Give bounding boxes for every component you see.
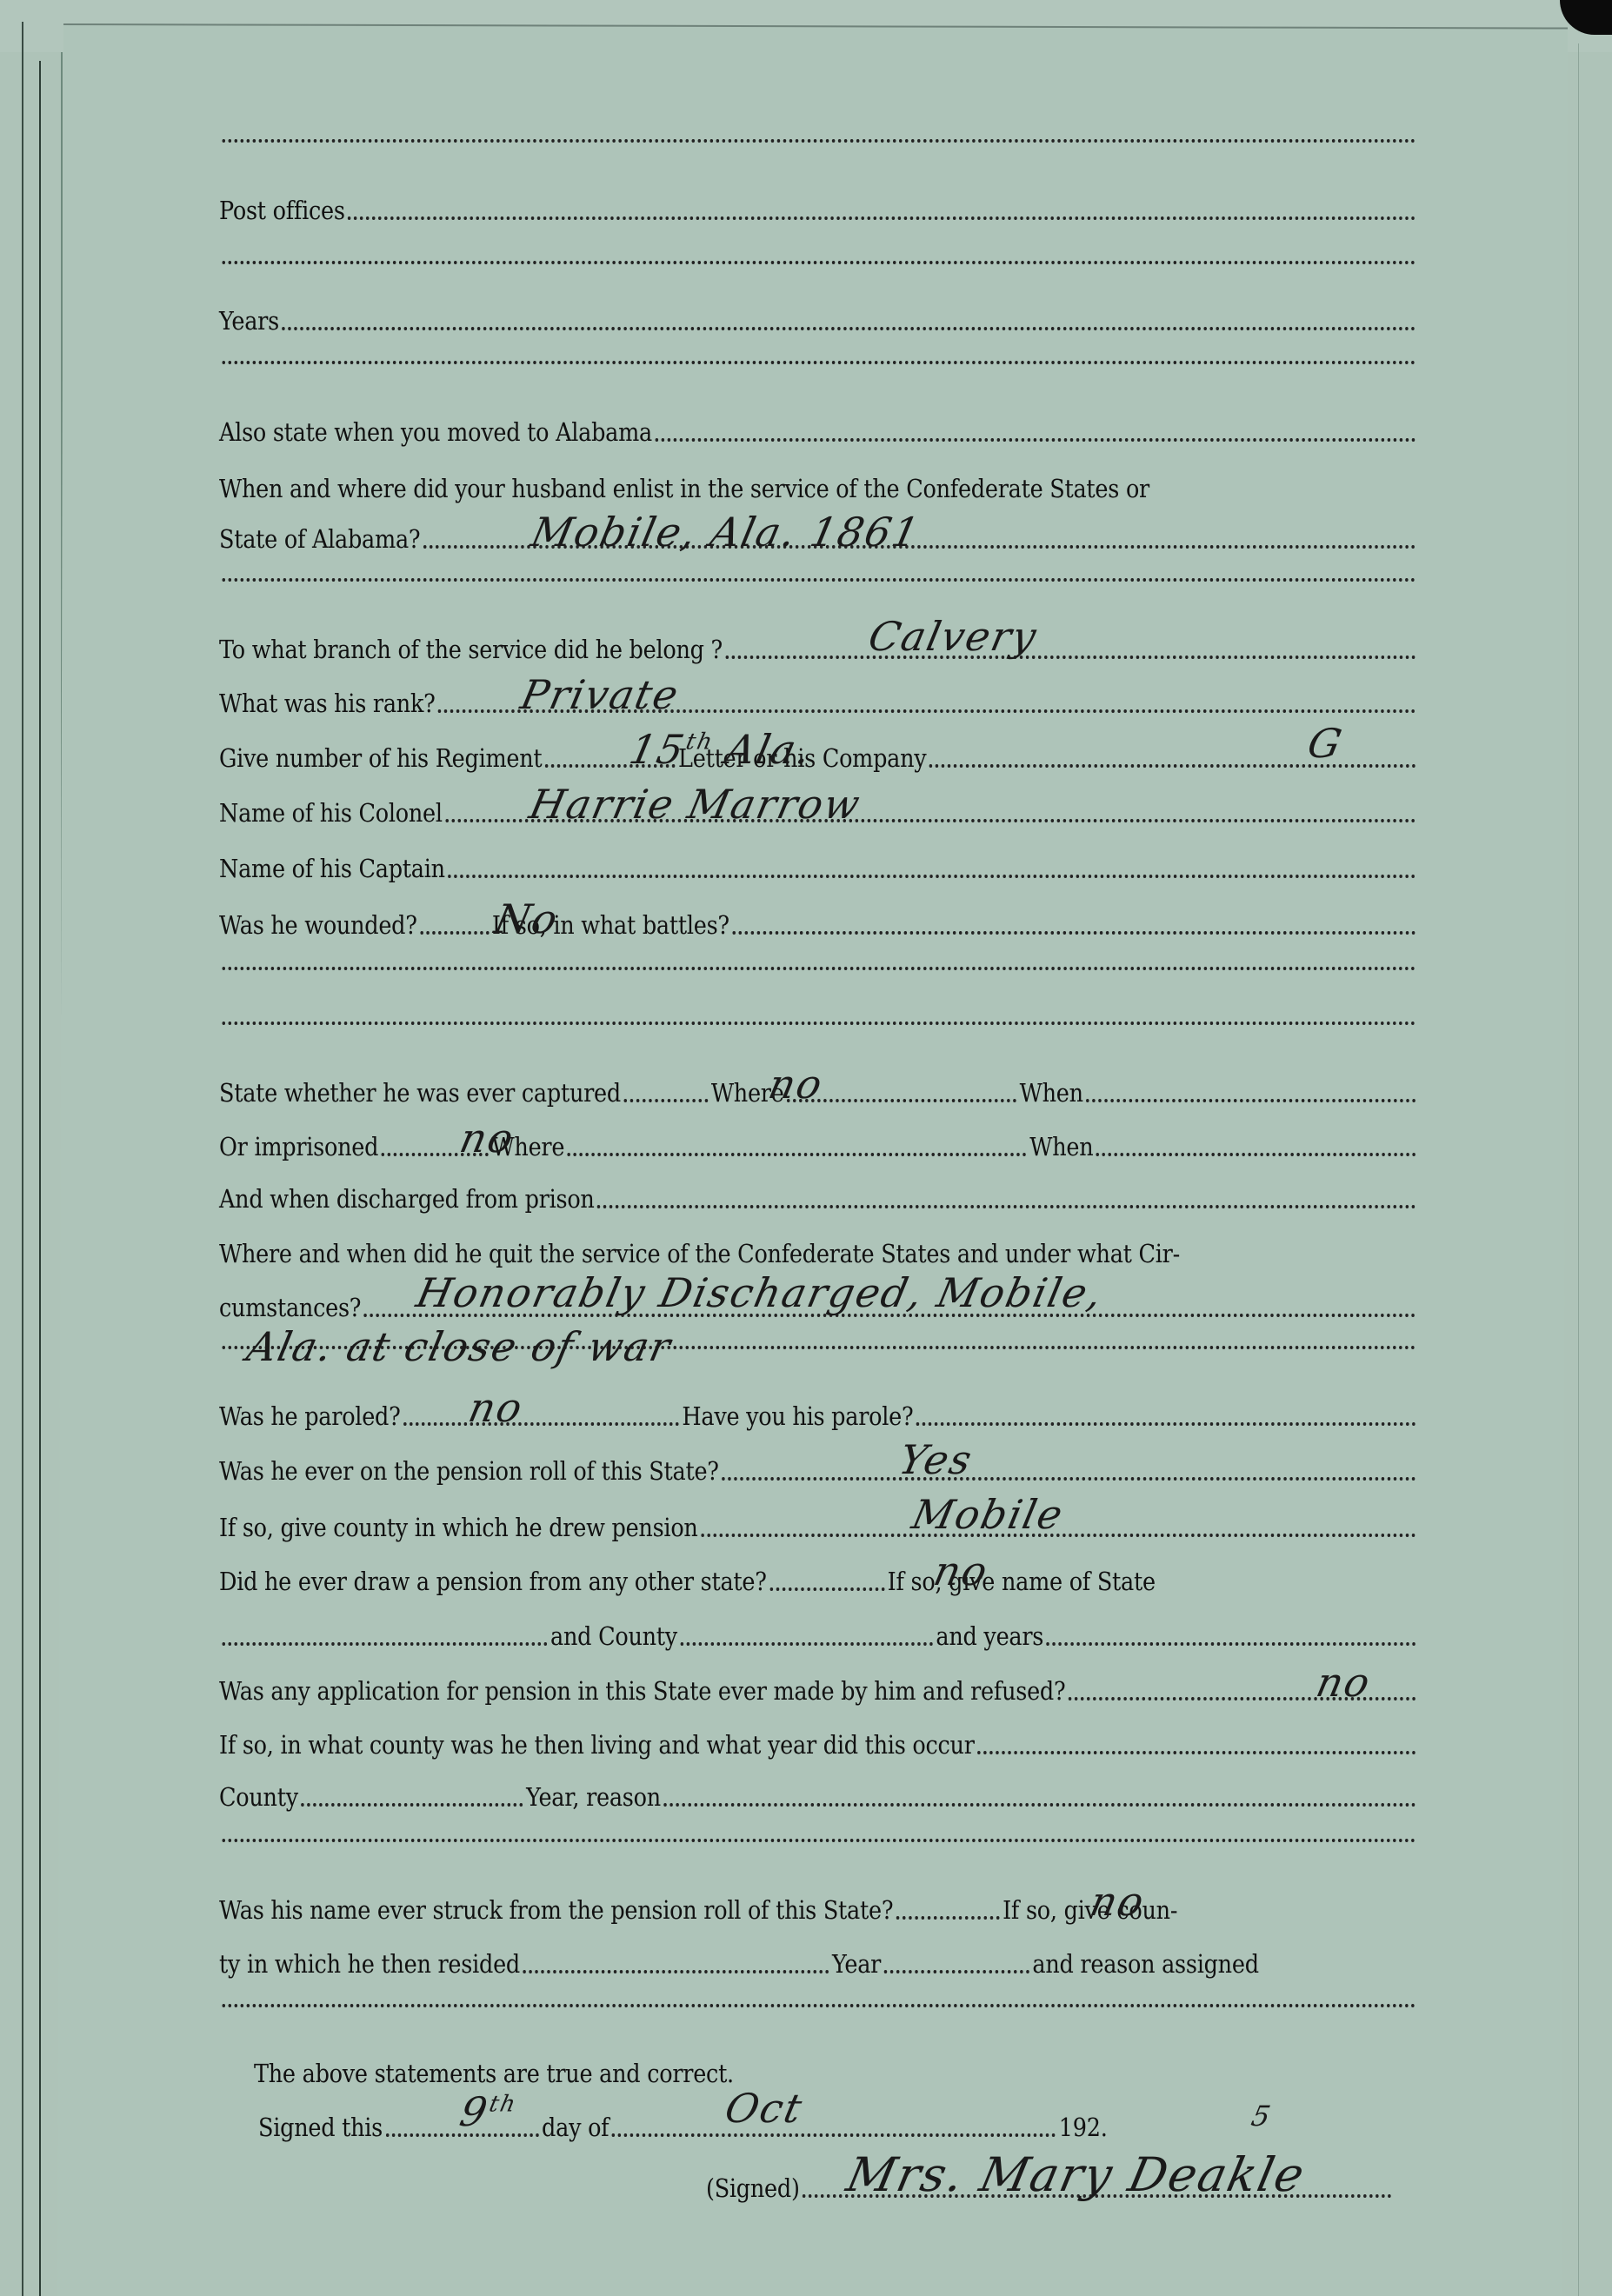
imprisoned-label: Or imprisoned — [219, 1132, 378, 1161]
refused-answer: no — [1312, 1659, 1376, 1706]
wounded-answer: No — [490, 895, 563, 942]
pension-roll-answer: Yes — [895, 1436, 977, 1483]
post-offices-label: Post offices — [219, 196, 345, 225]
pension-roll-label: Was he ever on the pension roll of this … — [219, 1456, 719, 1486]
statement-row: The above statements are true and correc… — [254, 2059, 1454, 2088]
pension-county-label: If so, give county in which he drew pens… — [219, 1513, 698, 1542]
quit-label-2: cumstances? — [219, 1293, 361, 1322]
page-edge — [39, 61, 41, 2296]
county-years-row: and County and years — [219, 1621, 1419, 1651]
regiment-state: Ala. — [722, 726, 816, 773]
years-row: Years — [219, 306, 1419, 336]
captain-row: Name of his Captain — [219, 854, 1419, 883]
regiment-number: 15 — [625, 726, 689, 773]
blank-line — [219, 2004, 1419, 2013]
signed-this-label: Signed this — [258, 2113, 383, 2142]
pension-roll-row: Was he ever on the pension roll of this … — [219, 1456, 1419, 1486]
imprisoned-answer: no — [456, 1115, 519, 1161]
enlist-label-1: When and where did your husband enlist i… — [219, 474, 1149, 503]
struck-row: Was his name ever struck from the pensio… — [219, 1895, 1419, 1925]
other-state-answer: no — [929, 1547, 993, 1594]
post-offices-row: Post offices — [219, 196, 1419, 225]
quit-answer-2: Ala. at close of war — [243, 1323, 676, 1370]
day-suffix: th — [487, 2092, 520, 2118]
signature: Mrs. Mary Deakle — [842, 2147, 1310, 2202]
quit-row-1: Where and when did he quit the service o… — [219, 1239, 1419, 1268]
colonel-answer: Harrie Marrow — [525, 781, 865, 828]
other-state-label: Did he ever draw a pension from any othe… — [219, 1567, 767, 1596]
blank-line — [219, 361, 1419, 369]
page-fold-line — [1578, 43, 1579, 2296]
rank-label: What was his rank? — [219, 689, 436, 718]
paroled-label: Was he paroled? — [219, 1401, 401, 1431]
month-answer: Oct — [721, 2085, 807, 2132]
moved-label: Also state when you moved to Alabama — [219, 417, 652, 447]
regiment-suffix: th — [683, 729, 716, 755]
imprisoned-when-label: When — [1029, 1132, 1093, 1161]
resided-label: ty in which he then resided — [219, 1949, 520, 1979]
rank-row: What was his rank? — [219, 689, 1419, 718]
refused-county-label: If so, in what county was he then living… — [219, 1730, 975, 1760]
year-prefix-label: 192 — [1059, 2113, 1101, 2142]
have-parole-label: Have you his parole? — [682, 1401, 913, 1431]
paroled-answer: no — [464, 1384, 528, 1431]
refused-label: Was any application for pension in this … — [219, 1676, 1065, 1706]
captured-label: State whether he was ever captured — [219, 1078, 621, 1108]
blank-line — [219, 578, 1419, 587]
refused-county-row: If so, in what county was he then living… — [219, 1730, 1419, 1760]
captain-label: Name of his Captain — [219, 854, 445, 883]
other-state-name-label: If so, give name of State — [888, 1567, 1156, 1596]
blank-line — [219, 967, 1419, 975]
and-county-label: and County — [550, 1621, 677, 1651]
year-label: Year — [832, 1949, 881, 1979]
blank-line — [219, 261, 1419, 270]
blank-line — [219, 139, 1419, 148]
regiment-label: Give number of his Regiment — [219, 743, 542, 773]
blank-line — [219, 1022, 1419, 1030]
paroled-row: Was he paroled? Have you his parole? — [219, 1401, 1419, 1431]
signed-label: (Signed) — [706, 2173, 800, 2203]
rank-answer: Private — [516, 671, 683, 718]
discharged-label: And when discharged from prison — [219, 1184, 595, 1214]
other-state-row: Did he ever draw a pension from any othe… — [219, 1567, 1419, 1596]
branch-row: To what branch of the service did he bel… — [219, 635, 1419, 664]
county-label: County — [219, 1782, 298, 1812]
moved-row: Also state when you moved to Alabama — [219, 417, 1419, 447]
and-years-label: and years — [936, 1621, 1043, 1651]
wounded-label: Was he wounded? — [219, 910, 417, 940]
enlist-label-2: State of Alabama? — [219, 524, 420, 554]
year-reason-label: Year, reason — [526, 1782, 661, 1812]
discharged-row: And when discharged from prison — [219, 1184, 1419, 1214]
pension-county-row: If so, give county in which he drew pens… — [219, 1513, 1419, 1542]
resided-row: ty in which he then resided Year and rea… — [219, 1949, 1419, 1979]
regiment-row: Give number of his Regiment Letter or hi… — [219, 743, 1419, 773]
imprisoned-row: Or imprisoned Where When — [219, 1132, 1419, 1161]
page-edge — [22, 22, 23, 2296]
day-of-label: day of — [542, 2113, 609, 2142]
branch-answer: Calvery — [864, 613, 1042, 660]
captured-answer: no — [764, 1061, 828, 1108]
branch-label: To what branch of the service did he bel… — [219, 635, 723, 664]
true-correct-label: The above statements are true and correc… — [254, 2059, 734, 2088]
county-year-row: County Year, reason — [219, 1782, 1419, 1812]
enlist-row-1: When and where did your husband enlist i… — [219, 474, 1419, 503]
day-answer: 9th — [456, 2088, 520, 2135]
captured-when-label: When — [1020, 1078, 1083, 1108]
years-label: Years — [219, 306, 279, 336]
refused-row: Was any application for pension in this … — [219, 1676, 1419, 1706]
wounded-row: Was he wounded? If so, in what battles? — [219, 910, 1419, 940]
quit-label-1: Where and when did he quit the service o… — [219, 1239, 1180, 1268]
colonel-label: Name of his Colonel — [219, 798, 443, 828]
reason-assigned-label: and reason assigned — [1032, 1949, 1258, 1979]
pension-county-answer: Mobile — [908, 1491, 1068, 1538]
blank-line — [219, 1839, 1419, 1847]
regiment-answer: 15th Ala. — [625, 726, 816, 773]
quit-answer-1: Honorably Discharged, Mobile, — [412, 1269, 1108, 1316]
struck-label: Was his name ever struck from the pensio… — [219, 1895, 893, 1925]
struck-answer: no — [1086, 1878, 1149, 1925]
enlist-answer: Mobile, Ala. 1861 — [527, 509, 924, 556]
